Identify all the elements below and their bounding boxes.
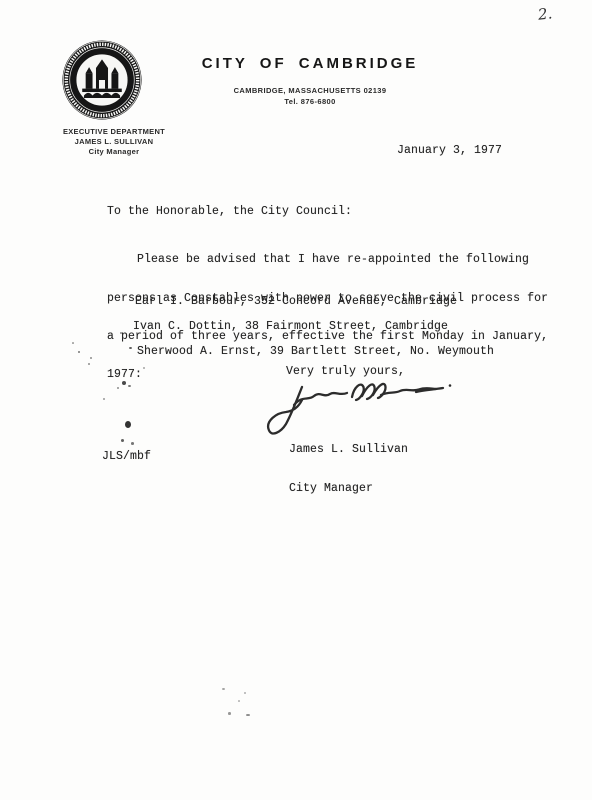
handwritten-page-number: 2. — [537, 4, 553, 23]
appointee-item: Earl I. Barbour, 352 Concord Avenue, Cam… — [135, 296, 457, 309]
reference-initials: JLS/mbf — [102, 451, 151, 464]
letterhead-address-block: CAMBRIDGE, MASSACHUSETTS 02139 Tel. 876-… — [200, 86, 420, 107]
body-line: Please be advised that I have re-appoint… — [107, 254, 548, 267]
salutation: To the Honorable, the City Council: — [107, 206, 352, 219]
letterhead-title: CITY OF CAMBRIDGE — [180, 55, 440, 72]
manager-title: City Manager — [38, 147, 190, 157]
letterhead-phone: Tel. 876-6800 — [200, 97, 420, 108]
appointee-item: Sherwood A. Ernst, 39 Bartlett Street, N… — [137, 346, 494, 359]
letter-page: 2. CITY OF CAMBRIDGE CAMBRIDGE, MASSACHU… — [0, 0, 592, 800]
signed-name: James L. Sullivan — [289, 444, 408, 457]
signed-title: City Manager — [289, 483, 408, 496]
cambridge-city-seal-icon — [59, 37, 145, 123]
appointee-item: Ivan C. Dottin, 38 Fairmont Street, Camb… — [133, 321, 448, 334]
letter-date: January 3, 1977 — [397, 145, 502, 158]
letterhead-address: CAMBRIDGE, MASSACHUSETTS 02139 — [200, 86, 420, 97]
manager-name: JAMES L. SULLIVAN — [38, 137, 190, 147]
department-block: EXECUTIVE DEPARTMENT JAMES L. SULLIVAN C… — [38, 127, 190, 157]
signature-block: James L. Sullivan City Manager — [289, 419, 408, 521]
department-name: EXECUTIVE DEPARTMENT — [38, 127, 190, 137]
complimentary-closing: Very truly yours, — [286, 366, 405, 379]
